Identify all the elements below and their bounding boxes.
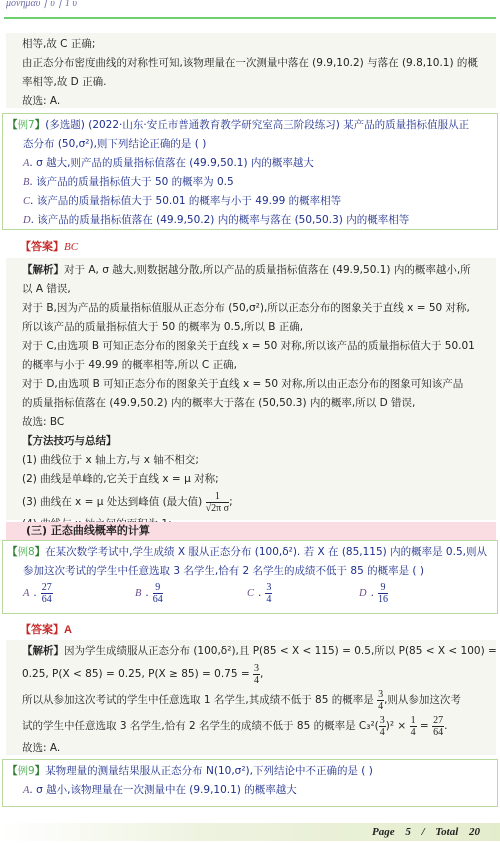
page-footer: Page 5 / Total 20 bbox=[0, 823, 500, 841]
page-header-fragment: μονημαυ ∣ υ ∣ 1 υ bbox=[0, 0, 500, 14]
analysis-line: 试的学生中任意选取 3 名学生,恰有 2 名学生的成绩不低于 85 的概率是 C… bbox=[22, 713, 484, 739]
example-9-tag: 例9 bbox=[18, 765, 35, 777]
analysis-line: 对于 C,由选项 B 可知正态分布的图象关于直线 x = 50 对称,所以该产品… bbox=[22, 337, 484, 356]
example-8-tag: 例8 bbox=[18, 546, 35, 558]
fraction-numerator: 9 bbox=[378, 582, 388, 594]
analysis-text: = bbox=[420, 720, 429, 732]
fraction-numerator: 3 bbox=[379, 715, 386, 727]
example-8-answer: 【答案】A bbox=[20, 621, 72, 637]
option-text: σ 越小,该物理量在一次测量中在 (9.9,10.1) 的概率越大 bbox=[36, 784, 297, 796]
example-9-box: 【例9】某物理量的测量结果服从正态分布 N(10,σ²),下列结论中不正确的是 … bbox=[2, 759, 498, 807]
example-tag-bracket: 【 bbox=[7, 765, 18, 777]
solution-line: 率相等,故 D 正确. bbox=[22, 73, 484, 92]
method-summary-title: 【方法技巧与总结】 bbox=[22, 432, 484, 451]
method-item: (2) 曲线是单峰的,它关于直线 x = μ 对称; bbox=[22, 470, 484, 489]
analysis-label: 【解析】 bbox=[22, 645, 64, 657]
analysis-conclusion: 故选: A. bbox=[22, 739, 484, 758]
fraction-denominator: 64 bbox=[153, 594, 163, 605]
option-fraction: 2764 bbox=[41, 582, 53, 605]
example-7-stem-line1: 【例7】(多选题) (2022·山东·安丘市普通教育教学研究室高三阶段练习) 某… bbox=[7, 116, 491, 135]
option-letter: D bbox=[359, 588, 367, 599]
option-text: 该产品的质量指标值大于 50 的概率为 0.5 bbox=[36, 176, 234, 188]
analysis-line: 所以该产品的质量指标值大于 50 的概率为 0.5,所以 B 正确, bbox=[22, 318, 484, 337]
fraction-numerator: 1 bbox=[206, 491, 229, 503]
example-7-option-b: B. 该产品的质量指标值大于 50 的概率为 0.5 bbox=[7, 173, 491, 192]
example-7-option-c: C. 该产品的质量指标值大于 50.01 的概率与小于 49.99 的概率相等 bbox=[7, 192, 491, 211]
analysis-label: 【解析】 bbox=[22, 264, 64, 276]
example-9-stem: 【例9】某物理量的测量结果服从正态分布 N(10,σ²),下列结论中不正确的是 … bbox=[7, 762, 491, 781]
example-8-option-d: D. 916 bbox=[359, 582, 471, 605]
fraction: 14 bbox=[410, 715, 417, 738]
analysis-text: 因为学生成绩服从正态分布 (100,δ²),且 P(85 < X < 115) … bbox=[64, 645, 497, 657]
answer-label: 【答案】 bbox=[20, 623, 64, 636]
fraction-denominator: 4 bbox=[265, 594, 272, 605]
peak-value-fraction: 1√2π σ bbox=[206, 491, 229, 514]
option-fraction: 964 bbox=[153, 582, 163, 605]
fraction-numerator: 1 bbox=[410, 715, 417, 727]
analysis-text: 试的学生中任意选取 3 名学生,恰有 2 名学生的成绩不低于 85 的概率是 C… bbox=[22, 720, 379, 732]
option-letter: D bbox=[23, 215, 31, 226]
fraction-numerator: 3 bbox=[265, 582, 272, 594]
example-7-tag: 例7 bbox=[18, 119, 35, 131]
analysis-line: 的概率与小于 49.99 的概率相等,所以 C 正确, bbox=[22, 356, 484, 375]
example-tag-bracket: 】 bbox=[35, 765, 46, 777]
example-8-option-a: A. 2764 bbox=[23, 582, 135, 605]
method-item: (1) 曲线位于 x 轴上方,与 x 轴不相交; bbox=[22, 451, 484, 470]
analysis-line: 【解析】因为学生成绩服从正态分布 (100,δ²),且 P(85 < X < 1… bbox=[22, 642, 484, 661]
fraction-denominator: 4 bbox=[410, 727, 417, 738]
option-letter: A bbox=[23, 588, 29, 599]
option-text: σ 越大,则产品的质量指标值落在 (49.9,50.1) 内的概率越大 bbox=[36, 157, 314, 169]
page-label: Page bbox=[372, 826, 395, 838]
total-label: Total bbox=[435, 826, 458, 838]
example-tag-bracket: 】 bbox=[35, 119, 46, 131]
analysis-line: 【解析】对于 A, σ 越大,则数据越分散,所以产品的质量指标值落在 (49.9… bbox=[22, 261, 484, 280]
example-8-stem-text: 在某次数学考试中,学生成绩 X 服从正态分布 (100,δ²). 若 X 在 (… bbox=[45, 546, 487, 558]
analysis-line: 以 A 错误, bbox=[22, 280, 484, 299]
example-7-option-a: A. σ 越大,则产品的质量指标值落在 (49.9,50.1) 内的概率越大 bbox=[7, 154, 491, 173]
example-7-analysis-box: 【解析】对于 A, σ 越大,则数据越分散,所以产品的质量指标值落在 (49.9… bbox=[6, 258, 496, 520]
option-letter: B bbox=[23, 177, 29, 188]
analysis-line: 对于 B,因为产品的质量指标值服从正态分布 (50,σ²),所以正态分布的图象关… bbox=[22, 299, 484, 318]
option-text: 该产品的质量指标值落在 (49.9,50.2) 内的概率与落在 (50,50.3… bbox=[37, 214, 409, 226]
example-8-stem-line2: 参加这次考试的学生中任意选取 3 名学生,恰有 2 名学生的成绩不低于 85 的… bbox=[7, 562, 491, 581]
analysis-text: 0.25, P(X < 85) = 0.25, P(X ≥ 85) = 0.75… bbox=[22, 668, 250, 680]
analysis-line: 故选: BC bbox=[22, 413, 484, 432]
example-tag-bracket: 】 bbox=[35, 546, 46, 558]
section-heading: (三) 正态曲线概率的计算 bbox=[6, 522, 496, 540]
analysis-text: 对于 A, σ 越大,则数据越分散,所以产品的质量指标值落在 (49.9,50.… bbox=[64, 264, 471, 276]
fraction-denominator: √2π σ bbox=[206, 503, 229, 514]
option-letter: A bbox=[23, 158, 29, 169]
example-8-box: 【例8】在某次数学考试中,学生成绩 X 服从正态分布 (100,δ²). 若 X… bbox=[2, 540, 498, 614]
analysis-line: 所以从参加这次考试的学生中任意选取 1 名学生,其成绩不低于 85 的概率是 3… bbox=[22, 687, 484, 713]
option-letter: C bbox=[247, 588, 254, 599]
example-7-stem-line2: 态分布 (50,σ²),则下列结论正确的是 ( ) bbox=[7, 135, 491, 154]
example-9-stem-text: 某物理量的测量结果服从正态分布 N(10,σ²),下列结论中不正确的是 ( ) bbox=[45, 765, 373, 777]
previous-solution-box: 相等,故 C 正确; 由正态分布密度曲线的对称性可知,该物理量在一次测量中落在 … bbox=[6, 33, 496, 108]
page-number: 5 bbox=[405, 826, 411, 838]
fraction-numerator: 27 bbox=[432, 715, 444, 727]
answer-value: A bbox=[64, 624, 72, 636]
analysis-text: ,则从参加这次考 bbox=[384, 694, 461, 706]
option-letter: C bbox=[23, 196, 30, 207]
example-9-option-a: A. σ 越小,该物理量在一次测量中在 (9.9,10.1) 的概率越大 bbox=[7, 781, 491, 800]
fraction-numerator: 9 bbox=[153, 582, 163, 594]
example-8-option-b: B. 964 bbox=[135, 582, 247, 605]
analysis-text: . bbox=[444, 720, 447, 732]
analysis-text: )² × bbox=[386, 720, 406, 732]
header-partial-text: μονημαυ ∣ υ ∣ 1 υ bbox=[6, 0, 77, 9]
solution-line: 故选: A. bbox=[22, 92, 484, 111]
fraction-denominator: 64 bbox=[41, 594, 53, 605]
fraction: 2764 bbox=[432, 715, 444, 738]
fraction-numerator: 3 bbox=[253, 663, 260, 675]
example-7-answer: 【答案】BC bbox=[20, 238, 78, 254]
example-8-analysis-box: 【解析】因为学生成绩服从正态分布 (100,δ²),且 P(85 < X < 1… bbox=[6, 640, 496, 755]
analysis-line: 的质量指标值落在 (49.9,50.2) 内的概率大于落在 (50,50.3) … bbox=[22, 394, 484, 413]
example-7-option-d: D. 该产品的质量指标值落在 (49.9,50.2) 内的概率与落在 (50,5… bbox=[7, 211, 491, 230]
option-letter: A bbox=[23, 785, 29, 796]
example-8-option-c: C. 34 bbox=[247, 582, 359, 605]
fraction-denominator: 64 bbox=[432, 727, 444, 738]
analysis-text: , bbox=[260, 668, 263, 680]
analysis-text: 所以从参加这次考试的学生中任意选取 1 名学生,其成绩不低于 85 的概率是 bbox=[22, 694, 374, 706]
total-pages: 20 bbox=[469, 826, 480, 838]
example-7-stem-text: (多选题) (2022·山东·安丘市普通教育教学研究室高三阶段练习) 某产品的质… bbox=[45, 119, 469, 131]
example-8-stem-line1: 【例8】在某次数学考试中,学生成绩 X 服从正态分布 (100,δ²). 若 X… bbox=[7, 543, 491, 562]
answer-value: BC bbox=[64, 241, 78, 253]
example-tag-bracket: 【 bbox=[7, 119, 18, 131]
fraction: 34 bbox=[379, 715, 386, 738]
option-fraction: 34 bbox=[265, 582, 272, 605]
fraction-denominator: 4 bbox=[253, 675, 260, 686]
page-separator: / bbox=[422, 826, 425, 838]
analysis-line: 0.25, P(X < 85) = 0.25, P(X ≥ 85) = 0.75… bbox=[22, 661, 484, 687]
header-divider bbox=[4, 17, 496, 19]
answer-label: 【答案】 bbox=[20, 240, 64, 253]
option-text: 该产品的质量指标值大于 50.01 的概率与小于 49.99 的概率相等 bbox=[37, 195, 341, 207]
method-item: (3) 曲线在 x = μ 处达到峰值 (最大值) 1√2π σ; bbox=[22, 489, 484, 515]
solution-line: 相等,故 C 正确; bbox=[22, 35, 484, 54]
fraction-numerator: 27 bbox=[41, 582, 53, 594]
method-item-text: (3) 曲线在 x = μ 处达到峰值 (最大值) bbox=[22, 496, 202, 508]
example-8-options: A. 2764 B. 964 C. 34 D. 916 bbox=[7, 581, 491, 605]
solution-line: 由正态分布密度曲线的对称性可知,该物理量在一次测量中落在 (9.9,10.2) … bbox=[22, 54, 484, 73]
fraction-denominator: 16 bbox=[378, 594, 388, 605]
fraction: 34 bbox=[253, 663, 260, 686]
example-7-box: 【例7】(多选题) (2022·山东·安丘市普通教育教学研究室高三阶段练习) 某… bbox=[2, 113, 498, 230]
example-tag-bracket: 【 bbox=[7, 546, 18, 558]
analysis-line: 对于 D,由选项 B 可知正态分布的图象关于直线 x = 50 对称,所以由正态… bbox=[22, 375, 484, 394]
option-fraction: 916 bbox=[378, 582, 388, 605]
option-letter: B bbox=[135, 588, 141, 599]
fraction-denominator: 4 bbox=[379, 727, 386, 738]
